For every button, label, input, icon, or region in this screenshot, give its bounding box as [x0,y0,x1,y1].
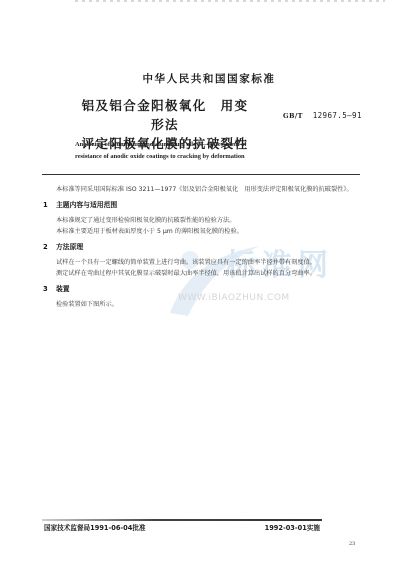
standard-code: GB/T 12967.5—91 [283,111,362,120]
header-divider [42,174,360,175]
standard-code-prefix: GB/T [283,112,303,120]
standard-code-number: 12967.5—91 [313,111,362,120]
approval-date: 国家技术监督局1991-06-04批准 [44,522,146,532]
section-number: 2 [43,241,56,254]
section-heading-1: 1主题内容与适用范围 [43,199,361,212]
implementation-date: 1992-03-01实施 [265,522,320,532]
section-number: 3 [43,283,56,296]
section-title: 主题内容与适用范围 [56,201,117,209]
section-2-paragraph-2: 测定试样在弯曲过程中其氧化膜显示破裂时最大曲率半径值，用该值计算出试样的百分弯曲… [43,268,361,280]
document-body: 本标准等同采用国际标准 ISO 3211—1977《铝及铝合金阳极氧化 用形变法… [43,184,361,310]
scan-artifact [75,0,385,2]
footer-divider [42,519,322,521]
intro-paragraph: 本标准等同采用国际标准 ISO 3211—1977《铝及铝合金阳极氧化 用形变法… [43,184,361,196]
document-title-en: Anodizing of aluminium and aluminium all… [75,139,315,162]
page-number: 23 [349,541,355,547]
section-number: 1 [43,199,56,212]
section-title: 方法原理 [56,243,83,251]
section-1-paragraph-1: 本标准规定了通过变形检验阳极氧化膜的抗破裂性能的检验方法。 [43,215,361,227]
title-en-line2: resistance of anodic oxide coatings to c… [75,151,315,163]
section-1-paragraph-2: 本标准主要适用于板材表面厚度小于 5 μm 的薄阳极氧化膜的检验。 [43,226,361,238]
title-zh-line1: 铝及铝合金阳极氧化 用变形法 [80,96,250,134]
section-title: 装置 [56,285,70,293]
section-heading-2: 2方法原理 [43,241,361,254]
section-2-paragraph-1: 试样在一个具有一定螺线的简单装置上进行弯曲。该装置应具有一定的曲率半径并带有刻度… [43,257,361,269]
section-3-paragraph-1: 检验装置如下图所示。 [43,299,361,311]
title-en-line1: Anodizing of aluminium and aluminium all… [75,139,315,151]
section-heading-3: 3装置 [43,283,361,296]
national-standard-label: 中华人民共和国国家标准 [0,71,400,86]
